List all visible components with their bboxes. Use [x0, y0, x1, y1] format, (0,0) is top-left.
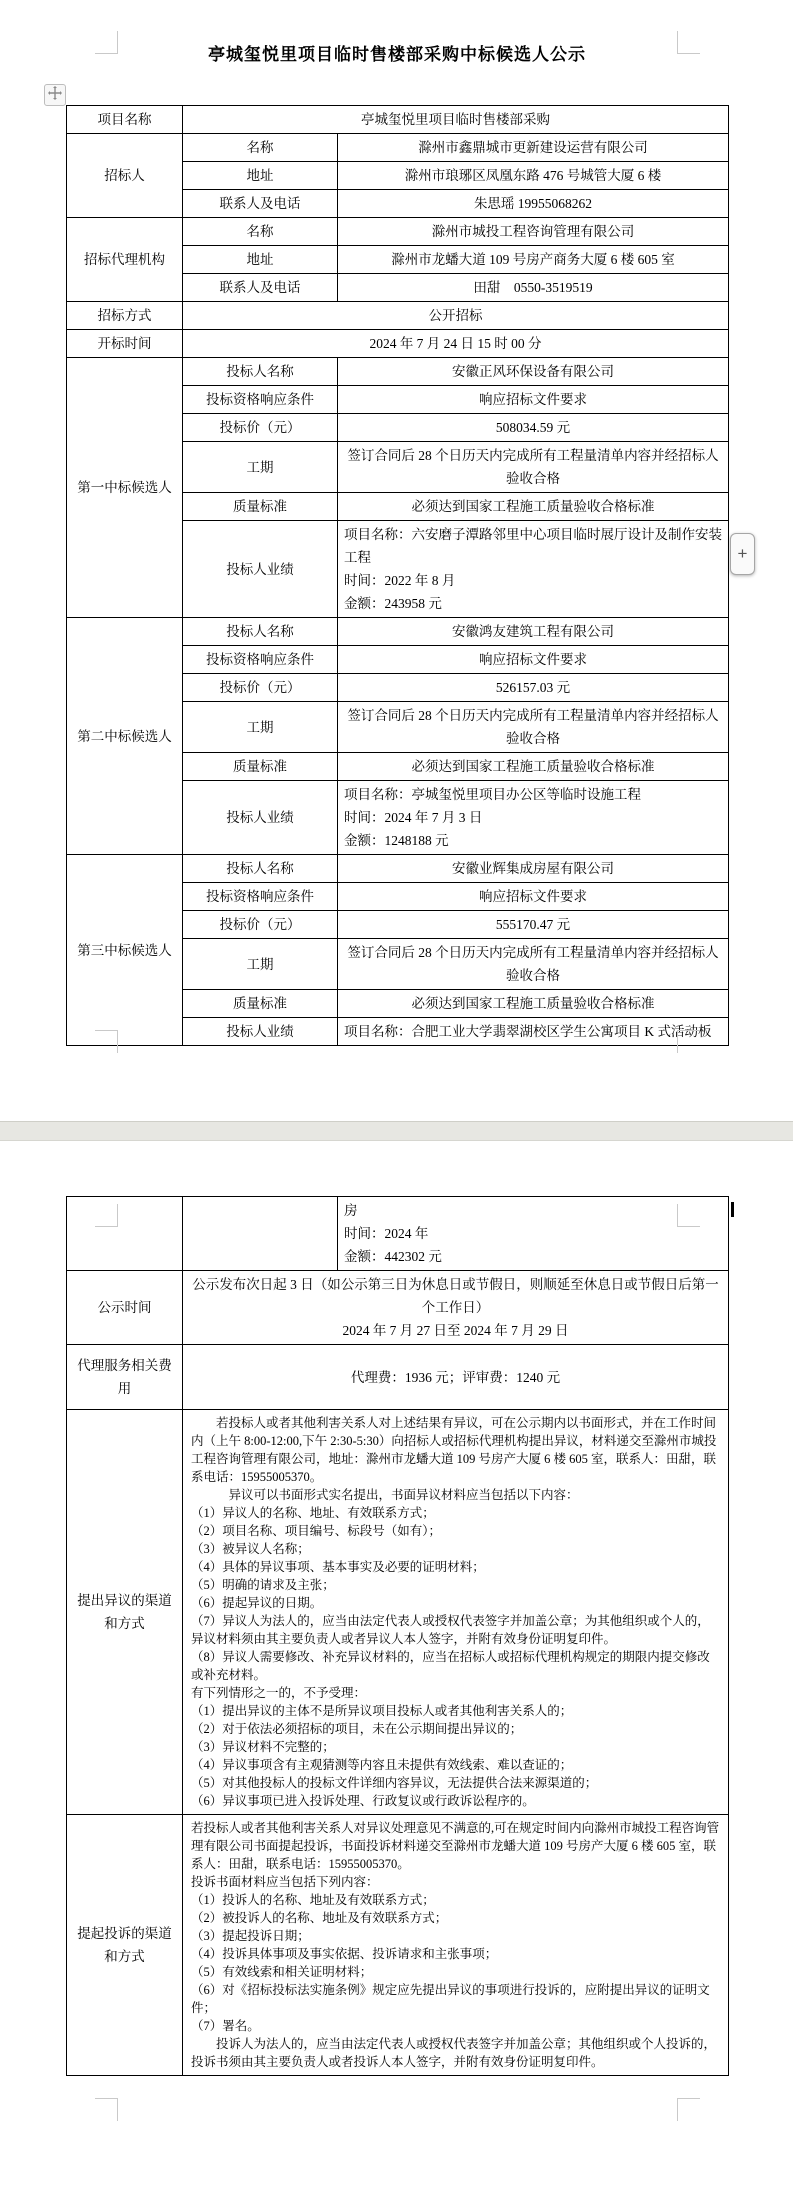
cell-value: 朱思瑶 19955068262: [338, 190, 729, 218]
table-row: 第三中标候选人 投标人名称 安徽业辉集成房屋有限公司: [67, 855, 729, 883]
table-row: 第二中标候选人 投标人名称 安徽鸿友建筑工程有限公司: [67, 618, 729, 646]
cell-value: 响应招标文件要求: [338, 386, 729, 414]
cell-label: 地址: [183, 162, 338, 190]
cell-label: 投标人业绩: [183, 521, 338, 618]
page-1: 亭城玺悦里项目临时售楼部采购中标候选人公示 项目名称 亭城玺悦里项目临时售楼部采…: [0, 0, 793, 1121]
plus-icon: +: [738, 544, 748, 564]
cell-group-label: 第一中标候选人: [67, 358, 183, 618]
cell-label: 投标价（元）: [183, 674, 338, 702]
cell-value: 项目名称：六安磨子潭路邻里中心项目临时展厅设计及制作安装工程 时间：2022 年…: [338, 521, 729, 618]
cell-label: 提起投诉的渠道和方式: [67, 1815, 183, 2076]
table-move-handle[interactable]: [44, 84, 66, 106]
cell-value: 508034.59 元: [338, 414, 729, 442]
table-row: 代理服务相关费用 代理费：1936 元；评审费：1240 元: [67, 1345, 729, 1410]
cell-value: 滁州市琅琊区凤凰东路 476 号城管大厦 6 楼: [338, 162, 729, 190]
table-row: 公示时间 公示发布次日起 3 日（如公示第三日为休息日或节假日，则顺延至休息日或…: [67, 1271, 729, 1345]
cell-value: 若投标人或者其他利害关系人对上述结果有异议，可在公示期内以书面形式，并在工作时间…: [183, 1410, 729, 1815]
cell-value: 滁州市龙蟠大道 109 号房产商务大厦 6 楼 605 室: [338, 246, 729, 274]
cell-value: 签订合同后 28 个日历天内完成所有工程量清单内容并经招标人验收合格: [338, 442, 729, 493]
cell-value: 代理费：1936 元；评审费：1240 元: [183, 1345, 729, 1410]
margin-mark-top-right: [677, 31, 700, 54]
cell-value: 2024 年 7 月 24 日 15 时 00 分: [183, 330, 729, 358]
page-2: 房 时间：2024 年 金额：442302 元 公示时间 公示发布次日起 3 日…: [0, 1141, 793, 2210]
margin-mark-bottom-right: [677, 2098, 700, 2121]
cell-value: 必须达到国家工程施工质量验收合格标准: [338, 753, 729, 781]
cell-label: 质量标准: [183, 753, 338, 781]
cell-value: 公开招标: [183, 302, 729, 330]
cell-label: 投标价（元）: [183, 414, 338, 442]
cell-label: 联系人及电话: [183, 190, 338, 218]
cell-label: 项目名称: [67, 106, 183, 134]
cell-group-label: 第三中标候选人: [67, 855, 183, 1046]
cell-value: 响应招标文件要求: [338, 883, 729, 911]
table-row: 提出异议的渠道和方式 若投标人或者其他利害关系人对上述结果有异议，可在公示期内以…: [67, 1410, 729, 1815]
cell-label: 投标人名称: [183, 618, 338, 646]
cell-label: 工期: [183, 939, 338, 990]
cell-value: 房 时间：2024 年 金额：442302 元: [338, 1197, 729, 1271]
notice-table-page-1: 项目名称 亭城玺悦里项目临时售楼部采购 招标人 名称 滁州市鑫鼎城市更新建设运营…: [66, 105, 729, 1046]
table-row: 第一中标候选人 投标人名称 安徽正风环保设备有限公司: [67, 358, 729, 386]
cell-value: 安徽鸿友建筑工程有限公司: [338, 618, 729, 646]
zoom-in-button[interactable]: +: [730, 533, 755, 575]
cell-label: 名称: [183, 218, 338, 246]
cell-label: 投标人业绩: [183, 781, 338, 855]
table-row: 招标方式 公开招标: [67, 302, 729, 330]
table-row: 房 时间：2024 年 金额：442302 元: [67, 1197, 729, 1271]
cell-label: 工期: [183, 702, 338, 753]
cell-value: 安徽正风环保设备有限公司: [338, 358, 729, 386]
cell-label: 投标人名称: [183, 855, 338, 883]
page-break-gap: [0, 1121, 793, 1141]
cell-group-label: 招标人: [67, 134, 183, 218]
cell-value: 亭城玺悦里项目临时售楼部采购: [183, 106, 729, 134]
cell-label: 地址: [183, 246, 338, 274]
cell-value: 526157.03 元: [338, 674, 729, 702]
cell-label: 质量标准: [183, 493, 338, 521]
margin-mark-top-left: [95, 31, 118, 54]
cell-label: 提出异议的渠道和方式: [67, 1410, 183, 1815]
cell-label: 投标资格响应条件: [183, 646, 338, 674]
cell-label: 投标资格响应条件: [183, 883, 338, 911]
cell-label: 开标时间: [67, 330, 183, 358]
cell-value: 若投标人或者其他利害关系人对异议处理意见不满意的,可在规定时间内向滁州市城投工程…: [183, 1815, 729, 2076]
cell-label: 投标价（元）: [183, 911, 338, 939]
cell-value: 必须达到国家工程施工质量验收合格标准: [338, 990, 729, 1018]
table-row: 招标人 名称 滁州市鑫鼎城市更新建设运营有限公司: [67, 134, 729, 162]
cell-label: 联系人及电话: [183, 274, 338, 302]
cell-label: 工期: [183, 442, 338, 493]
margin-mark-top-left: [95, 1204, 118, 1227]
cell-value: 必须达到国家工程施工质量验收合格标准: [338, 493, 729, 521]
cell-label: 质量标准: [183, 990, 338, 1018]
cell-empty: [183, 1197, 338, 1271]
margin-mark-bottom-right: [677, 1030, 700, 1053]
margin-mark-top-right: [677, 1204, 700, 1227]
cell-group-label: 第二中标候选人: [67, 618, 183, 855]
cell-value: 签订合同后 28 个日历天内完成所有工程量清单内容并经招标人验收合格: [338, 702, 729, 753]
cell-value: 滁州市城投工程咨询管理有限公司: [338, 218, 729, 246]
table-row: 提起投诉的渠道和方式 若投标人或者其他利害关系人对异议处理意见不满意的,可在规定…: [67, 1815, 729, 2076]
cell-empty: [67, 1197, 183, 1271]
cell-label: 投标人业绩: [183, 1018, 338, 1046]
cell-value: 项目名称：合肥工业大学翡翠湖校区学生公寓项目 K 式活动板: [338, 1018, 729, 1046]
margin-mark-bottom-left: [95, 2098, 118, 2121]
cell-label: 公示时间: [67, 1271, 183, 1345]
table-row: 招标代理机构 名称 滁州市城投工程咨询管理有限公司: [67, 218, 729, 246]
cell-label: 投标人名称: [183, 358, 338, 386]
cell-value: 滁州市鑫鼎城市更新建设运营有限公司: [338, 134, 729, 162]
notice-table-page-2: 房 时间：2024 年 金额：442302 元 公示时间 公示发布次日起 3 日…: [66, 1196, 729, 2076]
cell-label: 投标资格响应条件: [183, 386, 338, 414]
cell-label: 代理服务相关费用: [67, 1345, 183, 1410]
cell-value: 田甜 0550-3519519: [338, 274, 729, 302]
cell-group-label: 招标代理机构: [67, 218, 183, 302]
cell-label: 招标方式: [67, 302, 183, 330]
cell-value: 响应招标文件要求: [338, 646, 729, 674]
text-cursor: [731, 1202, 734, 1217]
cell-label: 名称: [183, 134, 338, 162]
cell-value: 签订合同后 28 个日历天内完成所有工程量清单内容并经招标人验收合格: [338, 939, 729, 990]
cell-value: 项目名称：亭城玺悦里项目办公区等临时设施工程 时间：2024 年 7 月 3 日…: [338, 781, 729, 855]
table-row: 项目名称 亭城玺悦里项目临时售楼部采购: [67, 106, 729, 134]
table-row: 开标时间 2024 年 7 月 24 日 15 时 00 分: [67, 330, 729, 358]
move-icon: [48, 86, 62, 105]
cell-value: 安徽业辉集成房屋有限公司: [338, 855, 729, 883]
cell-value: 公示发布次日起 3 日（如公示第三日为休息日或节假日，则顺延至休息日或节假日后第…: [183, 1271, 729, 1345]
margin-mark-bottom-left: [95, 1030, 118, 1053]
document-title: 亭城玺悦里项目临时售楼部采购中标候选人公示: [66, 44, 728, 66]
cell-value: 555170.47 元: [338, 911, 729, 939]
